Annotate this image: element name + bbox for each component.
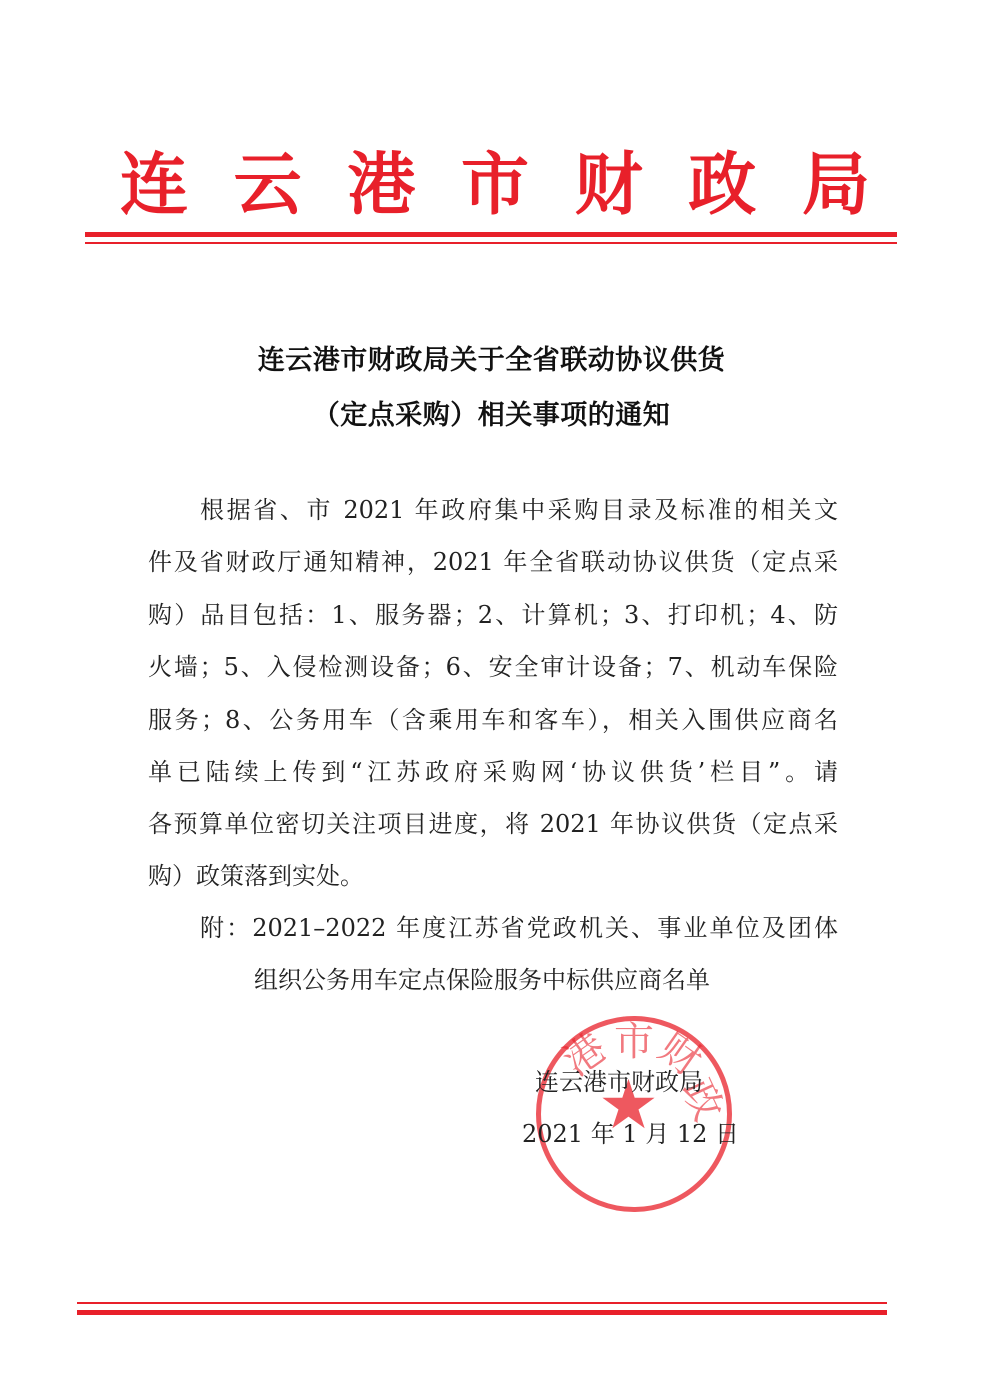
footer-rule-thick	[77, 1310, 887, 1315]
masthead-char: 市	[461, 151, 529, 219]
attachment-line-2: 组织公务用车定点保险服务中标供应商名单	[254, 968, 710, 992]
body-line: 件及省财政厅通知精神，2021 年全省联动协议供货（定点采	[148, 550, 838, 574]
body-line: 购）品目包括：1、服务器；2、计算机；3、打印机；4、防	[148, 603, 838, 627]
body-line: 单已陆续上传到“江苏政府采购网‘协议供货’栏目”。请	[148, 760, 838, 784]
signature-org: 连云港市财政局	[535, 1070, 703, 1094]
masthead-char: 财	[575, 151, 643, 219]
body-line: 火墙；5、入侵检测设备；6、安全审计设备；7、机动车保险	[148, 655, 838, 679]
header-rule-thick	[85, 232, 897, 237]
body-line: 根据省、市 2021 年政府集中采购目录及标准的相关文	[200, 498, 838, 522]
masthead-char: 局	[802, 151, 870, 219]
masthead-org-name: 连 云 港 市 财 政 局	[120, 140, 870, 230]
masthead-char: 连	[120, 151, 188, 219]
document-title-line-1: 连云港市财政局关于全省联动协议供货	[0, 338, 983, 377]
attachment-line-1: 附：2021–2022 年度江苏省党政机关、事业单位及团体	[200, 916, 838, 940]
masthead-char: 云	[234, 151, 302, 219]
header-rule-thin	[85, 242, 897, 244]
seal-char: 市	[614, 1022, 654, 1062]
body-line: 服务；8、公务用车（含乘用车和客车），相关入围供应商名	[148, 708, 838, 732]
body-line: 各预算单位密切关注项目进度，将 2021 年协议供货（定点采	[148, 812, 838, 836]
document-title-line-2: （定点采购）相关事项的通知	[0, 393, 983, 432]
body-line: 购）政策落到实处。	[148, 864, 838, 888]
masthead-char: 港	[347, 151, 415, 219]
footer-rule-thin	[77, 1302, 887, 1304]
masthead-char: 政	[688, 151, 756, 219]
signature-date: 2021 年 1 月 12 日	[522, 1122, 739, 1146]
